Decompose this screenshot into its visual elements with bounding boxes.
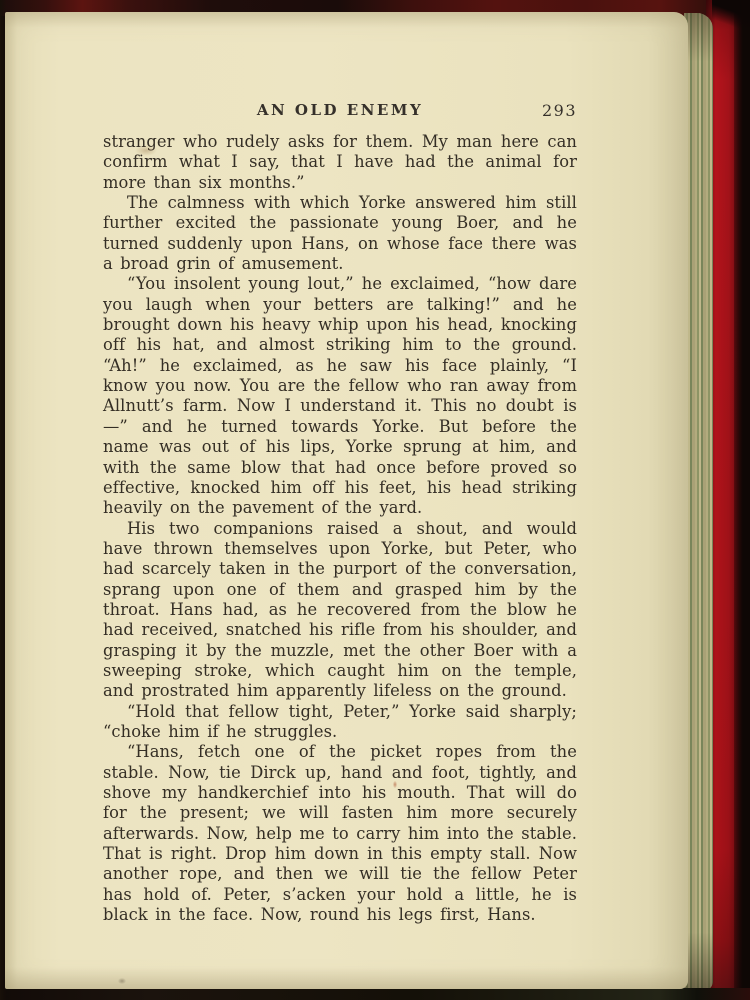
chapter-running-title: AN OLD ENEMY [103,101,577,119]
background-corner-top-right [712,0,750,30]
book-scan-scene: AN OLD ENEMY 293 stranger who rudely ask… [0,0,750,1000]
body-paragraph: stranger who rudely asks for them. My ma… [103,132,577,193]
body-text: stranger who rudely asks for them. My ma… [103,132,577,925]
ink-smudge [135,145,157,156]
body-paragraph: “You insolent young lout,” he exclaimed,… [103,274,577,518]
body-paragraph: The calmness with which Yorke answered h… [103,193,577,274]
book-binding-bottom-edge [0,988,750,1000]
ink-smudge [118,978,126,984]
ink-smudge [393,781,397,788]
page-number: 293 [542,101,577,120]
body-paragraph: “Hans, fetch one of the picket ropes fro… [103,742,577,925]
body-paragraph: His two companions raised a shout, and w… [103,519,577,702]
page-block-fore-edge [684,13,713,991]
running-head: AN OLD ENEMY 293 [103,101,577,123]
book-page: AN OLD ENEMY 293 stranger who rudely ask… [5,12,688,989]
background-shadow-right [734,0,750,1000]
body-paragraph: “Hold that fellow tight, Peter,” Yorke s… [103,702,577,743]
